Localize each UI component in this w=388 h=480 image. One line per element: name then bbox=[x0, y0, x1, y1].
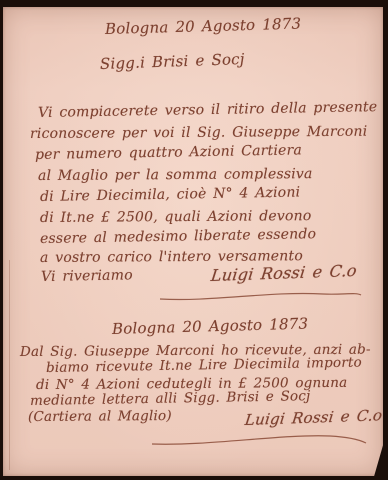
letter-signature: Luigi Rossi e C.o bbox=[210, 261, 358, 285]
letter-salutation: Sigg.i Brisi e Socj bbox=[100, 50, 245, 73]
signature-flourish-icon bbox=[150, 431, 368, 447]
letter-dateline: Bologna 20 Agosto 1873 bbox=[105, 15, 302, 38]
letter-closing: Vi riveriamo bbox=[41, 267, 133, 285]
letter-line: di It.ne £ 2500, quali Azioni devono bbox=[40, 208, 312, 226]
scanned-letter-frame: Bologna 20 Agosto 1873 Sigg.i Brisi e So… bbox=[0, 0, 388, 480]
letter-paper: Bologna 20 Agosto 1873 Sigg.i Brisi e So… bbox=[3, 7, 383, 476]
letter-line: al Maglio per la somma complessiva bbox=[38, 166, 313, 184]
receipt-signature: Luigi Rossi e C.o bbox=[244, 406, 384, 429]
letter-line: riconoscere per voi il Sig. Giuseppe Mar… bbox=[30, 124, 367, 142]
paper-edge-line bbox=[9, 260, 10, 470]
letter-line: di Lire Diecimila, cioè N° 4 Azioni bbox=[40, 184, 301, 205]
letter-line: Vi compiacerete verso il ritiro della pr… bbox=[38, 99, 378, 121]
receipt-parenthetical: (Cartiera al Maglio) bbox=[28, 408, 172, 425]
letter-line: essere al medesimo liberate essendo bbox=[40, 226, 316, 247]
receipt-dateline: Bologna 20 Agosto 1873 bbox=[112, 315, 309, 338]
letter-line: per numero quattro Azioni Cartiera bbox=[35, 142, 302, 163]
paper-corner-shadow bbox=[373, 428, 388, 480]
signature-flourish-icon bbox=[158, 289, 363, 303]
